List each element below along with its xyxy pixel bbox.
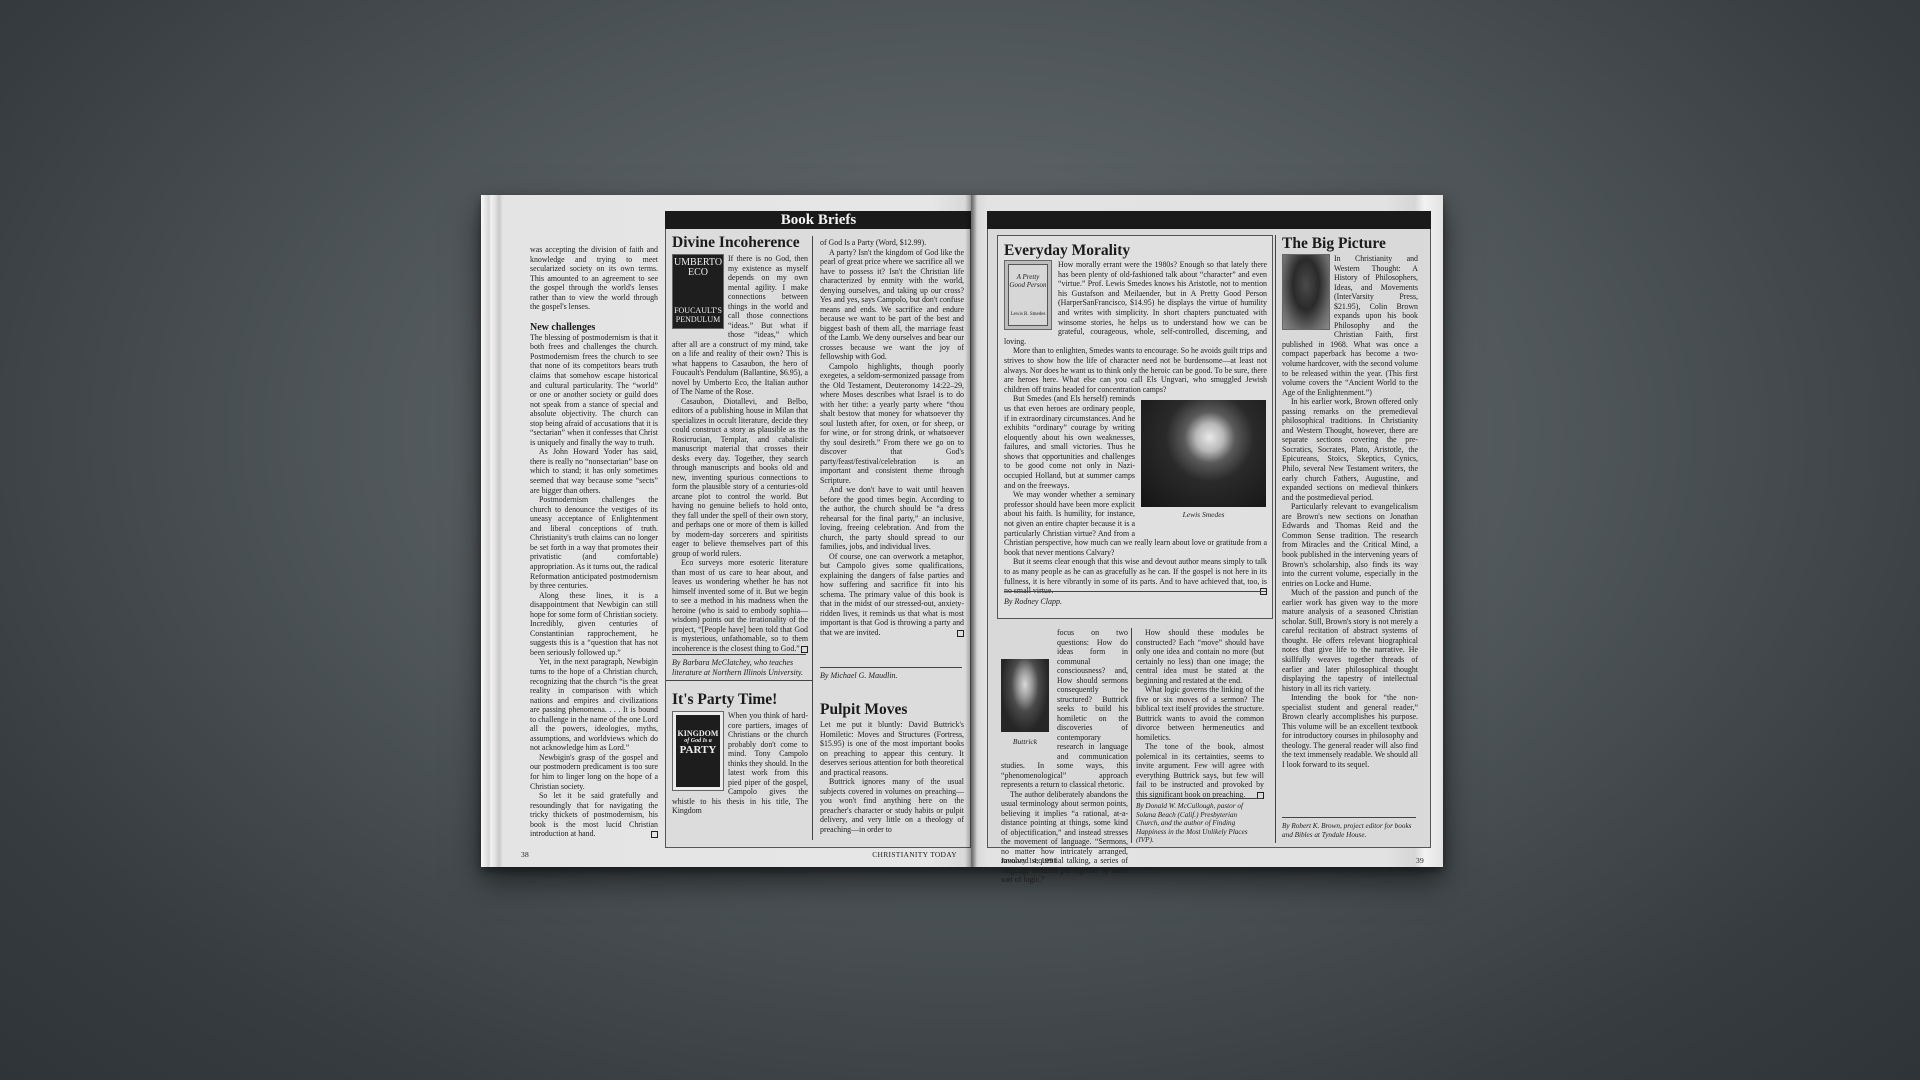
byline-rule xyxy=(1004,591,1266,592)
magazine-name-footer: CHRISTIANITY TODAY xyxy=(872,850,957,859)
page-number-left: 38 xyxy=(521,850,529,859)
magazine-spread: was accepting the division of faith and … xyxy=(481,195,1443,867)
review-paragraph: Casaubon, Diotallevi, and Belbo, editors… xyxy=(672,397,808,559)
byline: By Donald W. McCullough, pastor of Solan… xyxy=(1136,802,1262,845)
review-paragraph: How morally errant were the 1980s? Enoug… xyxy=(1004,260,1267,346)
column-divider xyxy=(812,236,813,840)
article-paragraph: Along these lines, it is a disappointmen… xyxy=(530,591,658,658)
pulpit-moves-text-col3: How should these modules be constructed?… xyxy=(1136,628,1264,799)
photo-caption: Lewis Smedes xyxy=(1141,510,1266,519)
review-paragraph: What logic governs the linking of the fi… xyxy=(1136,685,1264,742)
byline: By Michael G. Maudlin. xyxy=(820,671,962,681)
pulpit-moves-text: Let me put it bluntly: David Buttrick's … xyxy=(820,720,964,834)
section-rule xyxy=(666,680,812,681)
divine-incoherence-text: If there is no God, then my existence as… xyxy=(672,254,808,653)
article-paragraph: was accepting the division of faith and … xyxy=(530,245,658,312)
review-paragraph: Eco surveys more esoteric literature tha… xyxy=(672,558,808,653)
review-title: Divine Incoherence xyxy=(672,234,800,251)
byline-rule xyxy=(1282,817,1416,818)
photo-caption: Buttrick xyxy=(1001,737,1049,746)
section-banner-continued xyxy=(987,211,1431,229)
byline: By Rodney Clapp. xyxy=(1004,597,1062,607)
review-title: It's Party Time! xyxy=(672,691,777,708)
article-paragraph: Newbigin's grasp of the gospel and our p… xyxy=(530,753,658,791)
everyday-morality-box: Everyday Morality A Pretty Good Person L… xyxy=(997,235,1273,619)
byline-rule xyxy=(1136,798,1262,799)
review-paragraph: In his earlier work, Brown offered only … xyxy=(1282,397,1418,502)
column-divider xyxy=(1275,235,1276,843)
photo-buttrick xyxy=(1001,659,1049,732)
byline: By Barbara McClatchey, who teaches liter… xyxy=(672,658,806,677)
byline-rule xyxy=(672,654,806,655)
left-page: was accepting the division of faith and … xyxy=(481,195,971,867)
byline: By Robert K. Brown, project editor for b… xyxy=(1282,822,1418,839)
review-paragraph: Particularly relevant to evangelicalism … xyxy=(1282,502,1418,588)
review-paragraph: Intending the book for “the non-speciali… xyxy=(1282,693,1418,769)
review-paragraph: And we don't have to wait until heaven b… xyxy=(820,485,964,552)
review-title: Everyday Morality xyxy=(1004,242,1130,259)
page-number-right: 39 xyxy=(1416,856,1424,865)
article-paragraph: As John Howard Yoder has said, there is … xyxy=(530,447,658,495)
issue-date-footer: January 14, 1991 xyxy=(1001,856,1057,865)
review-paragraph: More than to enlighten, Smedes wants to … xyxy=(1004,346,1267,394)
review-paragraph: How should these modules be constructed?… xyxy=(1136,628,1264,685)
article-paragraph: The blessing of postmodernism is that it… xyxy=(530,333,658,448)
review-paragraph: Campolo highlights, though poorly exeget… xyxy=(820,362,964,486)
review-title: Pulpit Moves xyxy=(820,701,907,718)
big-picture-text: In Christianity and Western Thought: A H… xyxy=(1282,254,1418,770)
review-paragraph: Much of the passion and punch of the ear… xyxy=(1282,588,1418,693)
review-paragraph: Let me put it bluntly: David Buttrick's … xyxy=(820,720,964,777)
end-mark-icon xyxy=(957,630,964,637)
right-page: Everyday Morality A Pretty Good Person L… xyxy=(971,195,1443,867)
review-paragraph: of God Is a Party (Word, $12.99). xyxy=(820,238,964,248)
review-paragraph: In Christianity and Western Thought: A H… xyxy=(1282,254,1418,397)
article-paragraph: So let it be said gratefully and resound… xyxy=(530,791,658,839)
party-time-text-continued: of God Is a Party (Word, $12.99). A part… xyxy=(820,238,964,637)
review-title: The Big Picture xyxy=(1282,235,1386,252)
left-article-column: was accepting the division of faith and … xyxy=(530,245,658,839)
end-mark-icon xyxy=(651,831,658,838)
review-paragraph: The tone of the book, almost polemical i… xyxy=(1136,742,1264,799)
party-time-text: When you think of hard-core partiers, im… xyxy=(672,711,808,816)
column-divider xyxy=(1131,628,1132,843)
book-briefs-box: Book Briefs Divine Incoherence UMBERTO E… xyxy=(665,211,971,848)
review-paragraph: Of course, one can overwork a metaphor, … xyxy=(820,552,964,638)
section-banner: Book Briefs xyxy=(665,211,972,229)
review-paragraph: If there is no God, then my existence as… xyxy=(672,254,808,397)
article-paragraph: Yet, in the next paragraph, Newbigin tur… xyxy=(530,657,658,752)
photo-lewis-smedes xyxy=(1141,400,1266,507)
end-mark-icon xyxy=(801,646,808,653)
review-paragraph: The author deliberately abandons the usu… xyxy=(1001,790,1128,885)
byline-rule xyxy=(820,667,962,668)
review-paragraph: A party? Isn't the kingdom of God like t… xyxy=(820,248,964,362)
subhead: New challenges xyxy=(530,322,658,333)
review-paragraph: When you think of hard-core partiers, im… xyxy=(672,711,808,816)
spine-shadow xyxy=(965,195,977,867)
review-paragraph: Buttrick ignores many of the usual subje… xyxy=(820,777,964,834)
article-paragraph: Postmodernism challenges the church to d… xyxy=(530,495,658,590)
